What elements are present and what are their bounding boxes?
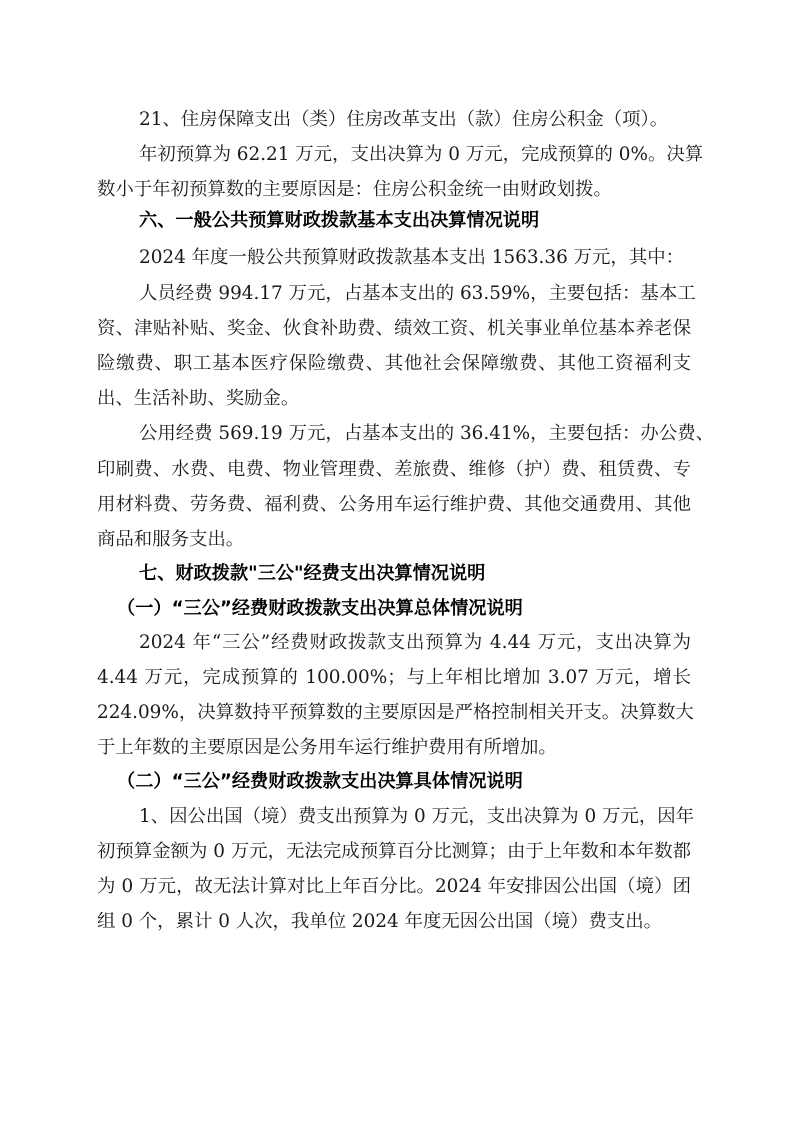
sub-2-line-3: 为 0 万元，故无法计算对比上年百分比。2024 年安排因公出国（境）团 bbox=[97, 875, 691, 899]
item-21-title: 21、住房保障支出（类）住房改革支出（款）住房公积金（项）。 bbox=[139, 108, 691, 132]
personnel-line-1: 人员经费 994.17 万元，占基本支出的 63.59%，主要包括：基本工 bbox=[139, 282, 691, 306]
public-line-3: 用材料费、劳务费、福利费、公务用车运行维护费、其他交通费用、其他 bbox=[97, 493, 691, 517]
section-7-sub-2-heading: （二）“三公”经费财政拨款支出决算具体情况说明 bbox=[117, 770, 711, 794]
document-page: 21、住房保障支出（类）住房改革支出（款）住房公积金（项）。 年初预算为 62.… bbox=[0, 0, 793, 1122]
public-line-4: 商品和服务支出。 bbox=[97, 528, 691, 552]
item-21-line-2: 数小于年初预算数的主要原因是：住房公积金统一由财政划拨。 bbox=[97, 178, 691, 202]
public-line-1: 公用经费 569.19 万元，占基本支出的 36.41%，主要包括：办公费、 bbox=[139, 422, 691, 446]
sub-1-line-4: 于上年数的主要原因是公务用车运行维护费用有所增加。 bbox=[97, 736, 691, 760]
sub-1-line-2: 4.44 万元，完成预算的 100.00%；与上年相比增加 3.07 万元，增长 bbox=[97, 666, 691, 690]
item-21-line-1: 年初预算为 62.21 万元，支出决算为 0 万元，完成预算的 0%。决算 bbox=[139, 143, 691, 167]
sub-2-line-2: 初预算金额为 0 万元，无法完成预算百分比测算；由于上年数和本年数都 bbox=[97, 840, 691, 864]
section-6-heading: 六、一般公共预算财政拨款基本支出决算情况说明 bbox=[139, 209, 733, 233]
section-7-sub-1-heading: （一）“三公”经费财政拨款支出决算总体情况说明 bbox=[117, 597, 711, 621]
sub-1-line-3: 224.09%，决算数持平预算数的主要原因是严格控制相关开支。决算数大 bbox=[97, 701, 691, 725]
personnel-line-4: 出、生活补助、奖励金。 bbox=[97, 387, 691, 411]
public-line-2: 印刷费、水费、电费、物业管理费、差旅费、维修（护）费、租赁费、专 bbox=[97, 458, 691, 482]
sub-2-line-1: 1、因公出国（境）费支出预算为 0 万元，支出决算为 0 万元，因年 bbox=[139, 805, 691, 829]
section-7-heading: 七、财政拨款"三公"经费支出决算情况说明 bbox=[139, 562, 733, 586]
personnel-line-2: 资、津贴补贴、奖金、伙食补助费、绩效工资、机关事业单位基本养老保 bbox=[97, 317, 691, 341]
section-6-intro: 2024 年度一般公共预算财政拨款基本支出 1563.36 万元，其中： bbox=[139, 246, 691, 270]
personnel-line-3: 险缴费、职工基本医疗保险缴费、其他社会保障缴费、其他工资福利支 bbox=[97, 352, 691, 376]
sub-1-line-1: 2024 年“三公”经费财政拨款支出预算为 4.44 万元，支出决算为 bbox=[139, 631, 691, 655]
sub-2-line-4: 组 0 个，累计 0 人次，我单位 2024 年度无因公出国（境）费支出。 bbox=[97, 910, 691, 934]
